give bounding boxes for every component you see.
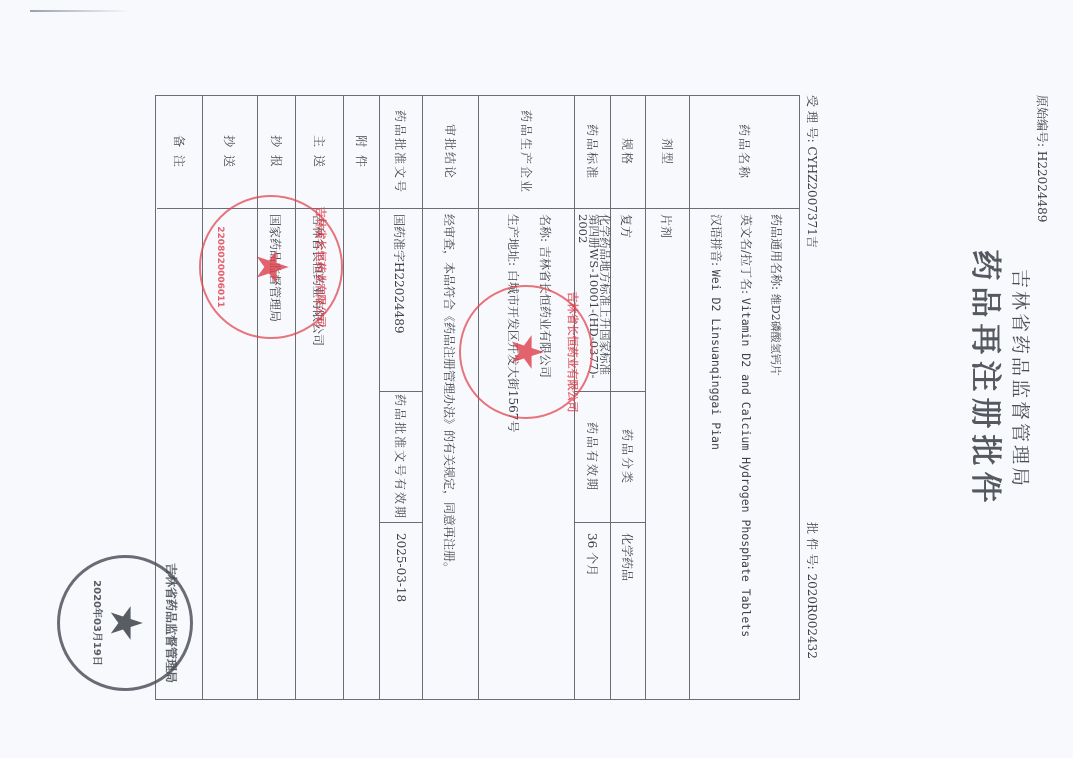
scan-artifact-line <box>30 10 130 12</box>
manufacturer-name-value: 吉林省长恒药业有限公司 <box>538 246 552 378</box>
row-specification: 规格 复方 药品分类 化学药品 <box>610 96 645 699</box>
label-standard: 药品标准 <box>575 96 610 209</box>
row-dosage-form: 剂型 片剂 <box>645 96 689 699</box>
english-name: 英文名/拉丁名: Vitamin D2 and Calcium Hydrogen… <box>738 214 755 637</box>
manufacturer-name: 名称: 吉林省长恒药业有限公司 <box>537 214 554 378</box>
generic-name: 药品通用名称: 维D2磷酸氢钙片 <box>768 214 785 376</box>
label-dosage-form: 剂型 <box>646 96 689 209</box>
document-title: 药品再注册批件 <box>966 0 1011 758</box>
agency-seal-date: 2020年03月19日 <box>91 558 106 688</box>
manufacturer-address-value: 白城市开发区开发大街1567号 <box>506 270 520 433</box>
shelf-life-value: 36 个月 <box>575 521 610 699</box>
document-page: 原始编号: H22024489 吉林省药品监督管理局 药品再注册批件 受 理 号… <box>0 0 1073 758</box>
acceptance-number: 受 理 号: CYHZ2007371吉 <box>804 95 821 248</box>
value-cc <box>203 208 257 699</box>
value-drug-name: 药品通用名称: 维D2磷酸氢钙片 英文名/拉丁名: Vitamin D2 and… <box>690 208 799 699</box>
approval-number-label: 批 件 号: <box>805 522 819 570</box>
seal-star-icon: ★ <box>103 603 147 642</box>
original-number-value: H22024489 <box>1035 151 1049 223</box>
row-drug-name: 药品名称 药品通用名称: 维D2磷酸氢钙片 英文名/拉丁名: Vitamin D… <box>689 96 799 699</box>
value-specification: 复方 药品分类 化学药品 <box>611 208 645 699</box>
row-manufacturer: 药品生产企业 名称: 吉林省长恒药业有限公司 生产地址: 白城市开发区开发大街1… <box>478 96 574 699</box>
label-approval-number: 药品批准文号 <box>380 96 422 209</box>
row-approval-number: 药品批准文号 国药准字H22024489 药品批准文号有效期 2025-03-1… <box>379 96 422 699</box>
label-shelf-life: 药品有效期 <box>575 391 610 523</box>
original-number: 原始编号: H22024489 <box>1034 95 1051 222</box>
row-cc: 抄 送 <box>202 96 257 699</box>
acceptance-number-value: CYHZ2007371吉 <box>805 147 819 248</box>
pinyin-name: 汉语拼音: Wei D2 Linsuanqinggai Pian <box>708 214 725 450</box>
conclusion-text: 经审查，本品符合《药品注册管理办法》的有关规定，同意再注册。 <box>441 214 458 574</box>
main-recipient-value: 吉林省长恒药业有限公司 <box>310 214 327 346</box>
row-standard: 药品标准 化学药品地方标准上升国家标准 第四册WS-10001-(HD-0377… <box>574 96 610 699</box>
original-number-label: 原始编号: <box>1035 95 1049 147</box>
drug-category-value: 化学药品 <box>611 521 645 699</box>
value-remarks <box>157 208 202 699</box>
manufacturer-address: 生产地址: 白城市开发区开发大街1567号 <box>505 214 522 432</box>
label-remarks: 备 注 <box>157 96 202 209</box>
generic-name-value: 维D2磷酸氢钙片 <box>769 294 782 376</box>
dosage-form-value: 片剂 <box>658 214 675 238</box>
acceptance-number-label: 受 理 号: <box>805 95 819 143</box>
label-drug-name: 药品名称 <box>690 96 799 209</box>
registration-table: 药品名称 药品通用名称: 维D2磷酸氢钙片 英文名/拉丁名: Vitamin D… <box>155 95 800 700</box>
label-cc: 抄 送 <box>203 96 257 209</box>
label-main-recipient: 主 送 <box>296 96 343 209</box>
label-conclusion: 审批结论 <box>423 96 478 209</box>
value-report-to: 国家药品监督管理局 <box>258 208 295 699</box>
pinyin-name-value: Wei D2 Linsuanqinggai Pian <box>709 270 723 450</box>
value-manufacturer: 名称: 吉林省长恒药业有限公司 生产地址: 白城市开发区开发大街1567号 <box>479 208 574 699</box>
row-conclusion: 审批结论 经审查，本品符合《药品注册管理办法》的有关规定，同意再注册。 <box>422 96 478 699</box>
generic-name-label: 药品通用名称: <box>769 214 783 290</box>
row-attachment: 附 件 <box>343 96 379 699</box>
value-dosage-form: 片剂 <box>646 208 689 699</box>
agency-name: 吉林省药品监督管理局 <box>1008 0 1035 758</box>
row-main-recipient: 主 送 吉林省长恒药业有限公司 <box>295 96 343 699</box>
row-report-to: 抄 报 国家药品监督管理局 <box>257 96 295 699</box>
manufacturer-address-label: 生产地址: <box>506 214 520 266</box>
label-specification: 规格 <box>611 96 645 209</box>
standard-text: 化学药品地方标准上升国家标准 第四册WS-10001-(HD-0377)- 20… <box>577 214 610 392</box>
label-drug-category: 药品分类 <box>611 391 645 523</box>
approval-number: 批 件 号: 2020R002432 <box>804 522 821 659</box>
english-name-value: Vitamin D2 and Calcium Hydrogen Phosphat… <box>739 298 753 637</box>
value-attachment <box>344 208 379 699</box>
value-approval-number: 国药准字H22024489 药品批准文号有效期 2025-03-18 <box>380 208 422 699</box>
manufacturer-name-label: 名称: <box>538 214 552 242</box>
label-report-to: 抄 报 <box>258 96 295 209</box>
approval-validity-value: 2025-03-18 <box>380 521 422 699</box>
label-approval-validity: 药品批准文号有效期 <box>380 391 422 523</box>
value-main-recipient: 吉林省长恒药业有限公司 <box>296 208 343 699</box>
pinyin-name-label: 汉语拼音: <box>709 214 723 266</box>
value-standard: 化学药品地方标准上升国家标准 第四册WS-10001-(HD-0377)- 20… <box>575 208 610 699</box>
english-name-label: 英文名/拉丁名: <box>739 214 753 294</box>
value-conclusion: 经审查，本品符合《药品注册管理办法》的有关规定，同意再注册。 <box>423 208 478 699</box>
label-attachment: 附 件 <box>344 96 379 209</box>
label-manufacturer: 药品生产企业 <box>479 96 574 209</box>
specification-value: 复方 <box>618 214 635 238</box>
approval-number-value: 2020R002432 <box>805 574 819 659</box>
approval-number-value-cell: 国药准字H22024489 <box>391 214 408 334</box>
report-to-value: 国家药品监督管理局 <box>267 214 284 322</box>
row-remarks: 备 注 <box>157 96 202 699</box>
